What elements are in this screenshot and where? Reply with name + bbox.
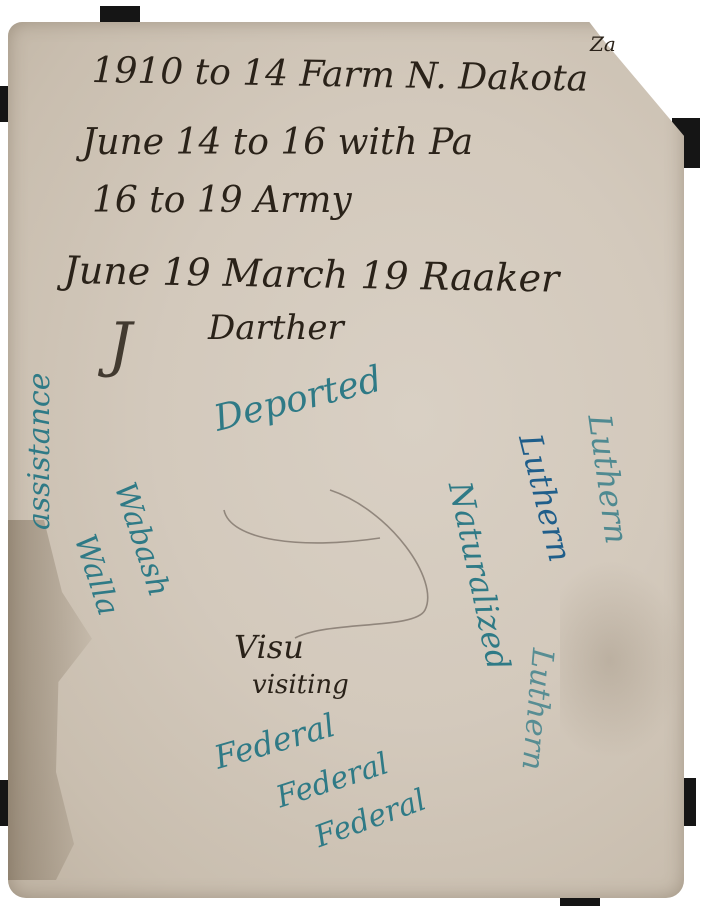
note-visit-1: Visu <box>234 628 304 666</box>
note-line-5: Darther <box>208 308 344 348</box>
mount-corner-top-left <box>100 6 140 24</box>
note-assistance-vertical: assistance <box>22 373 57 531</box>
pencil-scribble <box>210 470 450 640</box>
note-line-1-annotation: Za <box>590 32 616 56</box>
note-line-4: June 19 March 19 Raaker <box>63 248 559 301</box>
note-line-1: 1910 to 14 Farm N. Dakota <box>91 50 588 100</box>
note-initial-j: J <box>108 310 132 380</box>
note-line-3: 16 to 19 Army <box>92 180 352 221</box>
water-stain-right <box>560 560 684 760</box>
note-line-2: June 14 to 16 with Pa <box>82 122 473 163</box>
note-visit-2: visiting <box>252 670 349 700</box>
